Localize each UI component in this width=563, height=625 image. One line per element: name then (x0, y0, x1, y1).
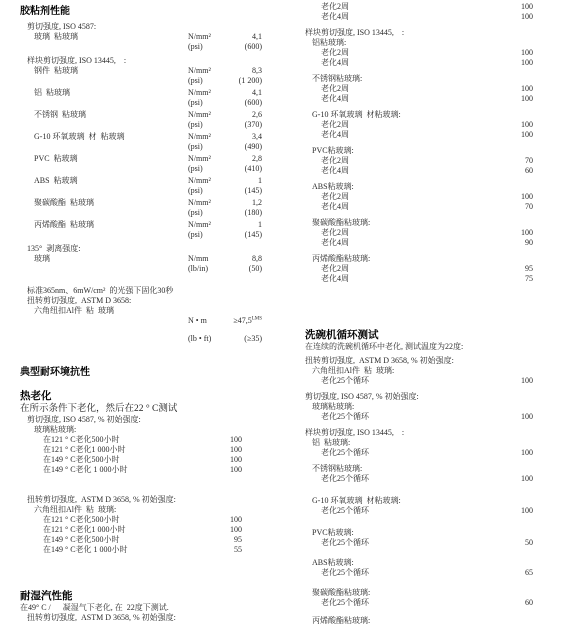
spec-value: 2,6 (222, 110, 262, 120)
value-footnote: LMS (252, 316, 262, 321)
spacer (0, 344, 281, 366)
measurement-line: N • m≥47,5LMS (0, 316, 281, 326)
measurement-line: ABS 粘玻璃N/mm²1 (0, 176, 281, 186)
percent-value: 60 (493, 166, 533, 176)
text-line: 在49° C / 凝湿气下老化, 在 22度下测试. (0, 603, 281, 613)
value-text: (145) (245, 230, 262, 239)
value-text: 3,4 (252, 132, 262, 141)
text-line: 不锈钢粘玻璃: (281, 74, 562, 84)
percent-value: 100 (493, 376, 533, 386)
percent-value: 75 (493, 274, 533, 284)
spacer (281, 578, 562, 588)
text-line: 剪切强度, ISO 4587: (0, 22, 281, 32)
spec-label: PVC 粘玻璃 (34, 154, 188, 164)
measurement-line: (psi)(180) (0, 208, 281, 218)
unit-label: (psi) (188, 186, 222, 196)
text-line: 样块剪切强度, ISO 13445, : (281, 28, 562, 38)
text-line: 六角纽扣Al件 粘 玻璃 (0, 306, 281, 316)
value-text: (50) (249, 264, 262, 273)
percent-row: 在149 ° C老化 1 000小时100 (0, 465, 281, 475)
condition-label: 老化4周 (321, 130, 493, 140)
value-text: 2,6 (252, 110, 262, 119)
condition-label: 老化4周 (321, 274, 493, 284)
percent-row: 老化25个循环100 (281, 448, 562, 458)
percent-value: 55 (202, 545, 242, 555)
spec-value: (600) (222, 98, 262, 108)
condition-label: 老化25个循环 (321, 568, 493, 578)
measurement-line: (psi)(410) (0, 164, 281, 174)
unit-label: (psi) (188, 208, 222, 218)
percent-row: 老化2周70 (281, 156, 562, 166)
spec-value: (1 200) (222, 76, 262, 86)
spec-label (34, 230, 188, 240)
measurement-line: PVC 粘玻璃N/mm²2,8 (0, 154, 281, 164)
condition-label: 在121 ° C老化500小时 (43, 435, 202, 445)
value-text: (180) (245, 208, 262, 217)
spec-label: 丙烯酸酯 粘玻璃 (34, 220, 188, 230)
value-text: 1,2 (252, 198, 262, 207)
left-column: 胶粘剂性能剪切强度, ISO 4587:玻璃 粘玻璃N/mm²4,1(psi)(… (0, 0, 281, 625)
unit-label: N/mm² (188, 154, 222, 164)
percent-value: 100 (493, 12, 533, 22)
measurement-line: (psi)(490) (0, 142, 281, 152)
value-text: 2,8 (252, 154, 262, 163)
spec-value: 4,1 (222, 32, 262, 42)
condition-label: 老化2周 (321, 192, 493, 202)
spec-value: 4,1 (222, 88, 262, 98)
text-line: 聚碳酸酯粘玻璃: (281, 218, 562, 228)
value-text: 8,8 (252, 254, 262, 263)
percent-row: 老化4周100 (281, 130, 562, 140)
percent-value: 95 (202, 535, 242, 545)
spec-value: (410) (222, 164, 262, 174)
percent-value: 100 (202, 465, 242, 475)
spec-value: 2,8 (222, 154, 262, 164)
text-line: 剪切强度, ISO 4587, % 初始强度: (0, 415, 281, 425)
percent-row: 在121 ° C老化500小时100 (0, 515, 281, 525)
condition-label: 老化4周 (321, 202, 493, 212)
subsection-title: 洗碗机循环测试 (281, 330, 562, 342)
percent-row: 老化2周100 (281, 84, 562, 94)
condition-label: 老化2周 (321, 156, 493, 166)
percent-row: 老化4周60 (281, 166, 562, 176)
percent-row: 在149 ° C老化500小时100 (0, 455, 281, 465)
value-text: (490) (245, 142, 262, 151)
unit-label: N/mm² (188, 32, 222, 42)
spacer (0, 326, 281, 334)
spec-value: (≥35) (222, 334, 262, 344)
value-text: (145) (245, 186, 262, 195)
percent-value: 65 (493, 568, 533, 578)
text-line: 扭转剪切强度, ASTM D 3658, % 初始强度: (281, 356, 562, 366)
text-line: 样块剪切强度, ISO 13445, : (0, 56, 281, 66)
unit-label: (psi) (188, 98, 222, 108)
condition-label: 在149 ° C老化500小时 (43, 535, 202, 545)
percent-row: 在121 ° C老化1 000小时100 (0, 525, 281, 535)
percent-value: 100 (202, 455, 242, 465)
text-line: 剪切强度, ISO 4587, % 初始强度: (281, 392, 562, 402)
percent-value: 100 (493, 130, 533, 140)
percent-value: 100 (202, 435, 242, 445)
text-line: 六角纽扣Al件 粘 玻璃: (281, 366, 562, 376)
text-line: G-10 环氧玻璃 材粘玻璃: (281, 496, 562, 506)
subsection-title: 热老化 (0, 391, 281, 403)
text-line: 铝粘玻璃: (281, 38, 562, 48)
text-line: PVC粘玻璃: (281, 528, 562, 538)
value-text: 4,1 (252, 88, 262, 97)
measurement-line: 不锈钢 粘玻璃N/mm²2,6 (0, 110, 281, 120)
condition-label: 老化25个循环 (321, 448, 493, 458)
percent-value: 90 (493, 238, 533, 248)
text-line: 扭转剪切强度, ASTM D 3658, % 初始强度: (0, 495, 281, 505)
section-title: 胶粘剂性能 (0, 5, 281, 18)
percent-value: 100 (493, 474, 533, 484)
spec-value: 8,8 (222, 254, 262, 264)
measurement-line: (psi)(1 200) (0, 76, 281, 86)
condition-label: 老化4周 (321, 238, 493, 248)
percent-row: 老化2周100 (281, 192, 562, 202)
spec-label: 玻璃 粘玻璃 (34, 32, 188, 42)
measurement-line: 铝 粘玻璃N/mm²4,1 (0, 88, 281, 98)
spec-value: (180) (222, 208, 262, 218)
percent-value: 70 (493, 156, 533, 166)
measurement-line: 玻璃N/mm8,8 (0, 254, 281, 264)
spec-label: 钢件 粘玻璃 (34, 66, 188, 76)
unit-label: (psi) (188, 42, 222, 52)
percent-row: 老化25个循环100 (281, 412, 562, 422)
value-text: 1 (258, 220, 262, 229)
text-line: 玻璃粘玻璃: (0, 425, 281, 435)
percent-value: 95 (493, 264, 533, 274)
measurement-line: G-10 环氧玻璃 材 粘玻璃N/mm²3,4 (0, 132, 281, 142)
spec-label: 聚碳酸酯 粘玻璃 (34, 198, 188, 208)
spacer (281, 548, 562, 558)
value-text: (600) (245, 42, 262, 51)
percent-value: 100 (493, 448, 533, 458)
condition-label: 老化4周 (321, 58, 493, 68)
condition-label: 在121 ° C老化1 000小时 (43, 445, 202, 455)
percent-value: 100 (493, 412, 533, 422)
spec-label (34, 208, 188, 218)
percent-value: 100 (493, 506, 533, 516)
percent-row: 老化4周100 (281, 94, 562, 104)
unit-label: (psi) (188, 76, 222, 86)
spacer (0, 555, 281, 591)
percent-row: 老化2周100 (281, 2, 562, 12)
percent-row: 老化25个循环50 (281, 538, 562, 548)
condition-label: 老化2周 (321, 84, 493, 94)
spec-label (34, 316, 188, 326)
percent-value: 100 (493, 2, 533, 12)
percent-row: 在121 ° C老化500小时100 (0, 435, 281, 445)
percent-value: 100 (493, 192, 533, 202)
text-line: 聚碳酸酯粘玻璃: (281, 588, 562, 598)
condition-label: 老化25个循环 (321, 412, 493, 422)
value-text: 1 (258, 176, 262, 185)
spec-value: (145) (222, 230, 262, 240)
percent-row: 在149 ° C老化 1 000小时55 (0, 545, 281, 555)
text-line: 扭转剪切强度, ASTM D 3658: (0, 296, 281, 306)
text-line: 铝 粘玻璃: (281, 438, 562, 448)
spec-value: (600) (222, 42, 262, 52)
text-line: 样块剪切强度, ISO 13445, : (281, 428, 562, 438)
percent-row: 老化25个循环60 (281, 598, 562, 608)
spec-value: ≥47,5LMS (222, 316, 262, 326)
condition-label: 老化2周 (321, 120, 493, 130)
unit-label: (lb/in) (188, 264, 222, 274)
value-text: 8,3 (252, 66, 262, 75)
unit-label: N/mm² (188, 88, 222, 98)
percent-value: 100 (493, 94, 533, 104)
spacer (0, 379, 281, 391)
condition-label: 在149 ° C老化500小时 (43, 455, 202, 465)
unit-label: N/mm² (188, 176, 222, 186)
condition-label: 老化2周 (321, 2, 493, 12)
value-text: (370) (245, 120, 262, 129)
condition-label: 老化2周 (321, 264, 493, 274)
condition-label: 在149 ° C老化 1 000小时 (43, 545, 202, 555)
unit-label: N/mm (188, 254, 222, 264)
percent-row: 老化25个循环100 (281, 376, 562, 386)
percent-value: 100 (493, 48, 533, 58)
spacer (281, 516, 562, 528)
spec-value: 1,2 (222, 198, 262, 208)
measurement-line: (psi)(600) (0, 98, 281, 108)
unit-label: N/mm² (188, 220, 222, 230)
spacer (0, 475, 281, 495)
text-line: G-10 环氧玻璃 材粘玻璃: (281, 110, 562, 120)
spec-label: 铝 粘玻璃 (34, 88, 188, 98)
text-line: PVC粘玻璃: (281, 146, 562, 156)
spacer (281, 284, 562, 330)
spec-value: 1 (222, 220, 262, 230)
condition-label: 在149 ° C老化 1 000小时 (43, 465, 202, 475)
condition-label: 老化4周 (321, 94, 493, 104)
percent-row: 老化25个循环100 (281, 474, 562, 484)
text-line: 不锈钢粘玻璃: (281, 464, 562, 474)
unit-label: N/mm² (188, 110, 222, 120)
section-subtitle: 在所示条件下老化，然后在22 ° C测试 (0, 403, 281, 415)
condition-label: 老化2周 (321, 228, 493, 238)
spec-label: 玻璃 (34, 254, 188, 264)
percent-row: 在149 ° C老化500小时95 (0, 535, 281, 545)
unit-label: (psi) (188, 120, 222, 130)
spec-value: 8,3 (222, 66, 262, 76)
measurement-line: (psi)(600) (0, 42, 281, 52)
unit-label: (psi) (188, 230, 222, 240)
percent-row: 老化2周100 (281, 120, 562, 130)
text-line: 标准365nm、6mW/cm² 的光强下固化30秒 (0, 286, 281, 296)
percent-row: 老化25个循环65 (281, 568, 562, 578)
text-line: 六角纽扣Al件 粘 玻璃: (0, 505, 281, 515)
condition-label: 老化25个循环 (321, 376, 493, 386)
text-line: 丙烯酸酯粘玻璃: (281, 616, 562, 625)
spec-label: 不锈钢 粘玻璃 (34, 110, 188, 120)
text-line: 玻璃粘玻璃: (281, 402, 562, 412)
spec-label (34, 76, 188, 86)
percent-row: 老化25个循环100 (281, 506, 562, 516)
spec-label: G-10 环氧玻璃 材 粘玻璃 (34, 132, 188, 142)
spec-value: 3,4 (222, 132, 262, 142)
value-text: (410) (245, 164, 262, 173)
measurement-line: 聚碳酸酯 粘玻璃N/mm²1,2 (0, 198, 281, 208)
percent-value: 100 (493, 228, 533, 238)
percent-value: 100 (202, 445, 242, 455)
percent-value: 100 (202, 525, 242, 535)
spec-label (34, 164, 188, 174)
percent-row: 老化2周100 (281, 228, 562, 238)
unit-label: N/mm² (188, 132, 222, 142)
spec-value: (370) (222, 120, 262, 130)
percent-row: 老化2周95 (281, 264, 562, 274)
text-line: 扭转剪切强度, ASTM D 3658, % 初始强度: (0, 613, 281, 623)
spec-label (34, 120, 188, 130)
condition-label: 老化25个循环 (321, 598, 493, 608)
measurement-line: 玻璃 粘玻璃N/mm²4,1 (0, 32, 281, 42)
spec-label (34, 42, 188, 52)
condition-label: 在121 ° C老化1 000小时 (43, 525, 202, 535)
percent-row: 老化4周90 (281, 238, 562, 248)
spec-label (34, 142, 188, 152)
subsection-title: 耐湿汽性能 (0, 591, 281, 603)
percent-row: 老化4周100 (281, 58, 562, 68)
percent-value: 50 (493, 538, 533, 548)
text-line: 丙烯酸酯粘玻璃: (281, 254, 562, 264)
datasheet-page: 胶粘剂性能剪切强度, ISO 4587:玻璃 粘玻璃N/mm²4,1(psi)(… (0, 0, 563, 625)
percent-value: 100 (493, 58, 533, 68)
text-line: 在连续的洗碗机循环中老化, 测试温度为22度: (281, 342, 562, 352)
condition-label: 老化4周 (321, 12, 493, 22)
spec-value: (50) (222, 264, 262, 274)
spec-value: (490) (222, 142, 262, 152)
spec-label: ABS 粘玻璃 (34, 176, 188, 186)
unit-label: N • m (188, 316, 222, 326)
percent-value: 100 (493, 120, 533, 130)
value-text: ≥47,5 (233, 316, 251, 325)
percent-value: 60 (493, 598, 533, 608)
unit-label: (psi) (188, 142, 222, 152)
percent-row: 老化2周100 (281, 48, 562, 58)
text-line: ABS粘玻璃: (281, 558, 562, 568)
percent-row: 老化4周70 (281, 202, 562, 212)
spec-label (34, 264, 188, 274)
spec-label (34, 186, 188, 196)
condition-label: 老化2周 (321, 48, 493, 58)
unit-label: (lb • ft) (188, 334, 222, 344)
unit-label: (psi) (188, 164, 222, 174)
unit-label: N/mm² (188, 198, 222, 208)
condition-label: 老化25个循环 (321, 506, 493, 516)
measurement-line: 钢件 粘玻璃N/mm²8,3 (0, 66, 281, 76)
condition-label: 老化25个循环 (321, 474, 493, 484)
spec-value: (145) (222, 186, 262, 196)
measurement-line: (lb/in)(50) (0, 264, 281, 274)
right-column: 老化2周100老化4周100样块剪切强度, ISO 13445, :铝粘玻璃:老… (281, 0, 562, 625)
spacer (281, 484, 562, 496)
unit-label: N/mm² (188, 66, 222, 76)
condition-label: 在121 ° C老化500小时 (43, 515, 202, 525)
text-line: 135° 剥离强度: (0, 244, 281, 254)
measurement-line: (psi)(145) (0, 186, 281, 196)
percent-row: 在121 ° C老化1 000小时100 (0, 445, 281, 455)
spacer (0, 274, 281, 286)
condition-label: 老化25个循环 (321, 538, 493, 548)
measurement-line: 丙烯酸酯 粘玻璃N/mm²1 (0, 220, 281, 230)
percent-row: 老化4周75 (281, 274, 562, 284)
percent-value: 70 (493, 202, 533, 212)
value-text: (≥35) (244, 334, 262, 343)
condition-label: 老化4周 (321, 166, 493, 176)
section-title: 典型耐环境抗性 (0, 366, 281, 379)
spacer (281, 608, 562, 616)
percent-value: 100 (493, 84, 533, 94)
measurement-line: (psi)(145) (0, 230, 281, 240)
percent-value: 100 (202, 515, 242, 525)
value-text: 4,1 (252, 32, 262, 41)
spec-label (34, 98, 188, 108)
measurement-line: (psi)(370) (0, 120, 281, 130)
percent-row: 老化4周100 (281, 12, 562, 22)
measurement-line: (lb • ft)(≥35) (0, 334, 281, 344)
text-line: ABS粘玻璃: (281, 182, 562, 192)
value-text: (600) (245, 98, 262, 107)
value-text: (1 200) (239, 76, 262, 85)
spec-label (34, 334, 188, 344)
spec-value: 1 (222, 176, 262, 186)
